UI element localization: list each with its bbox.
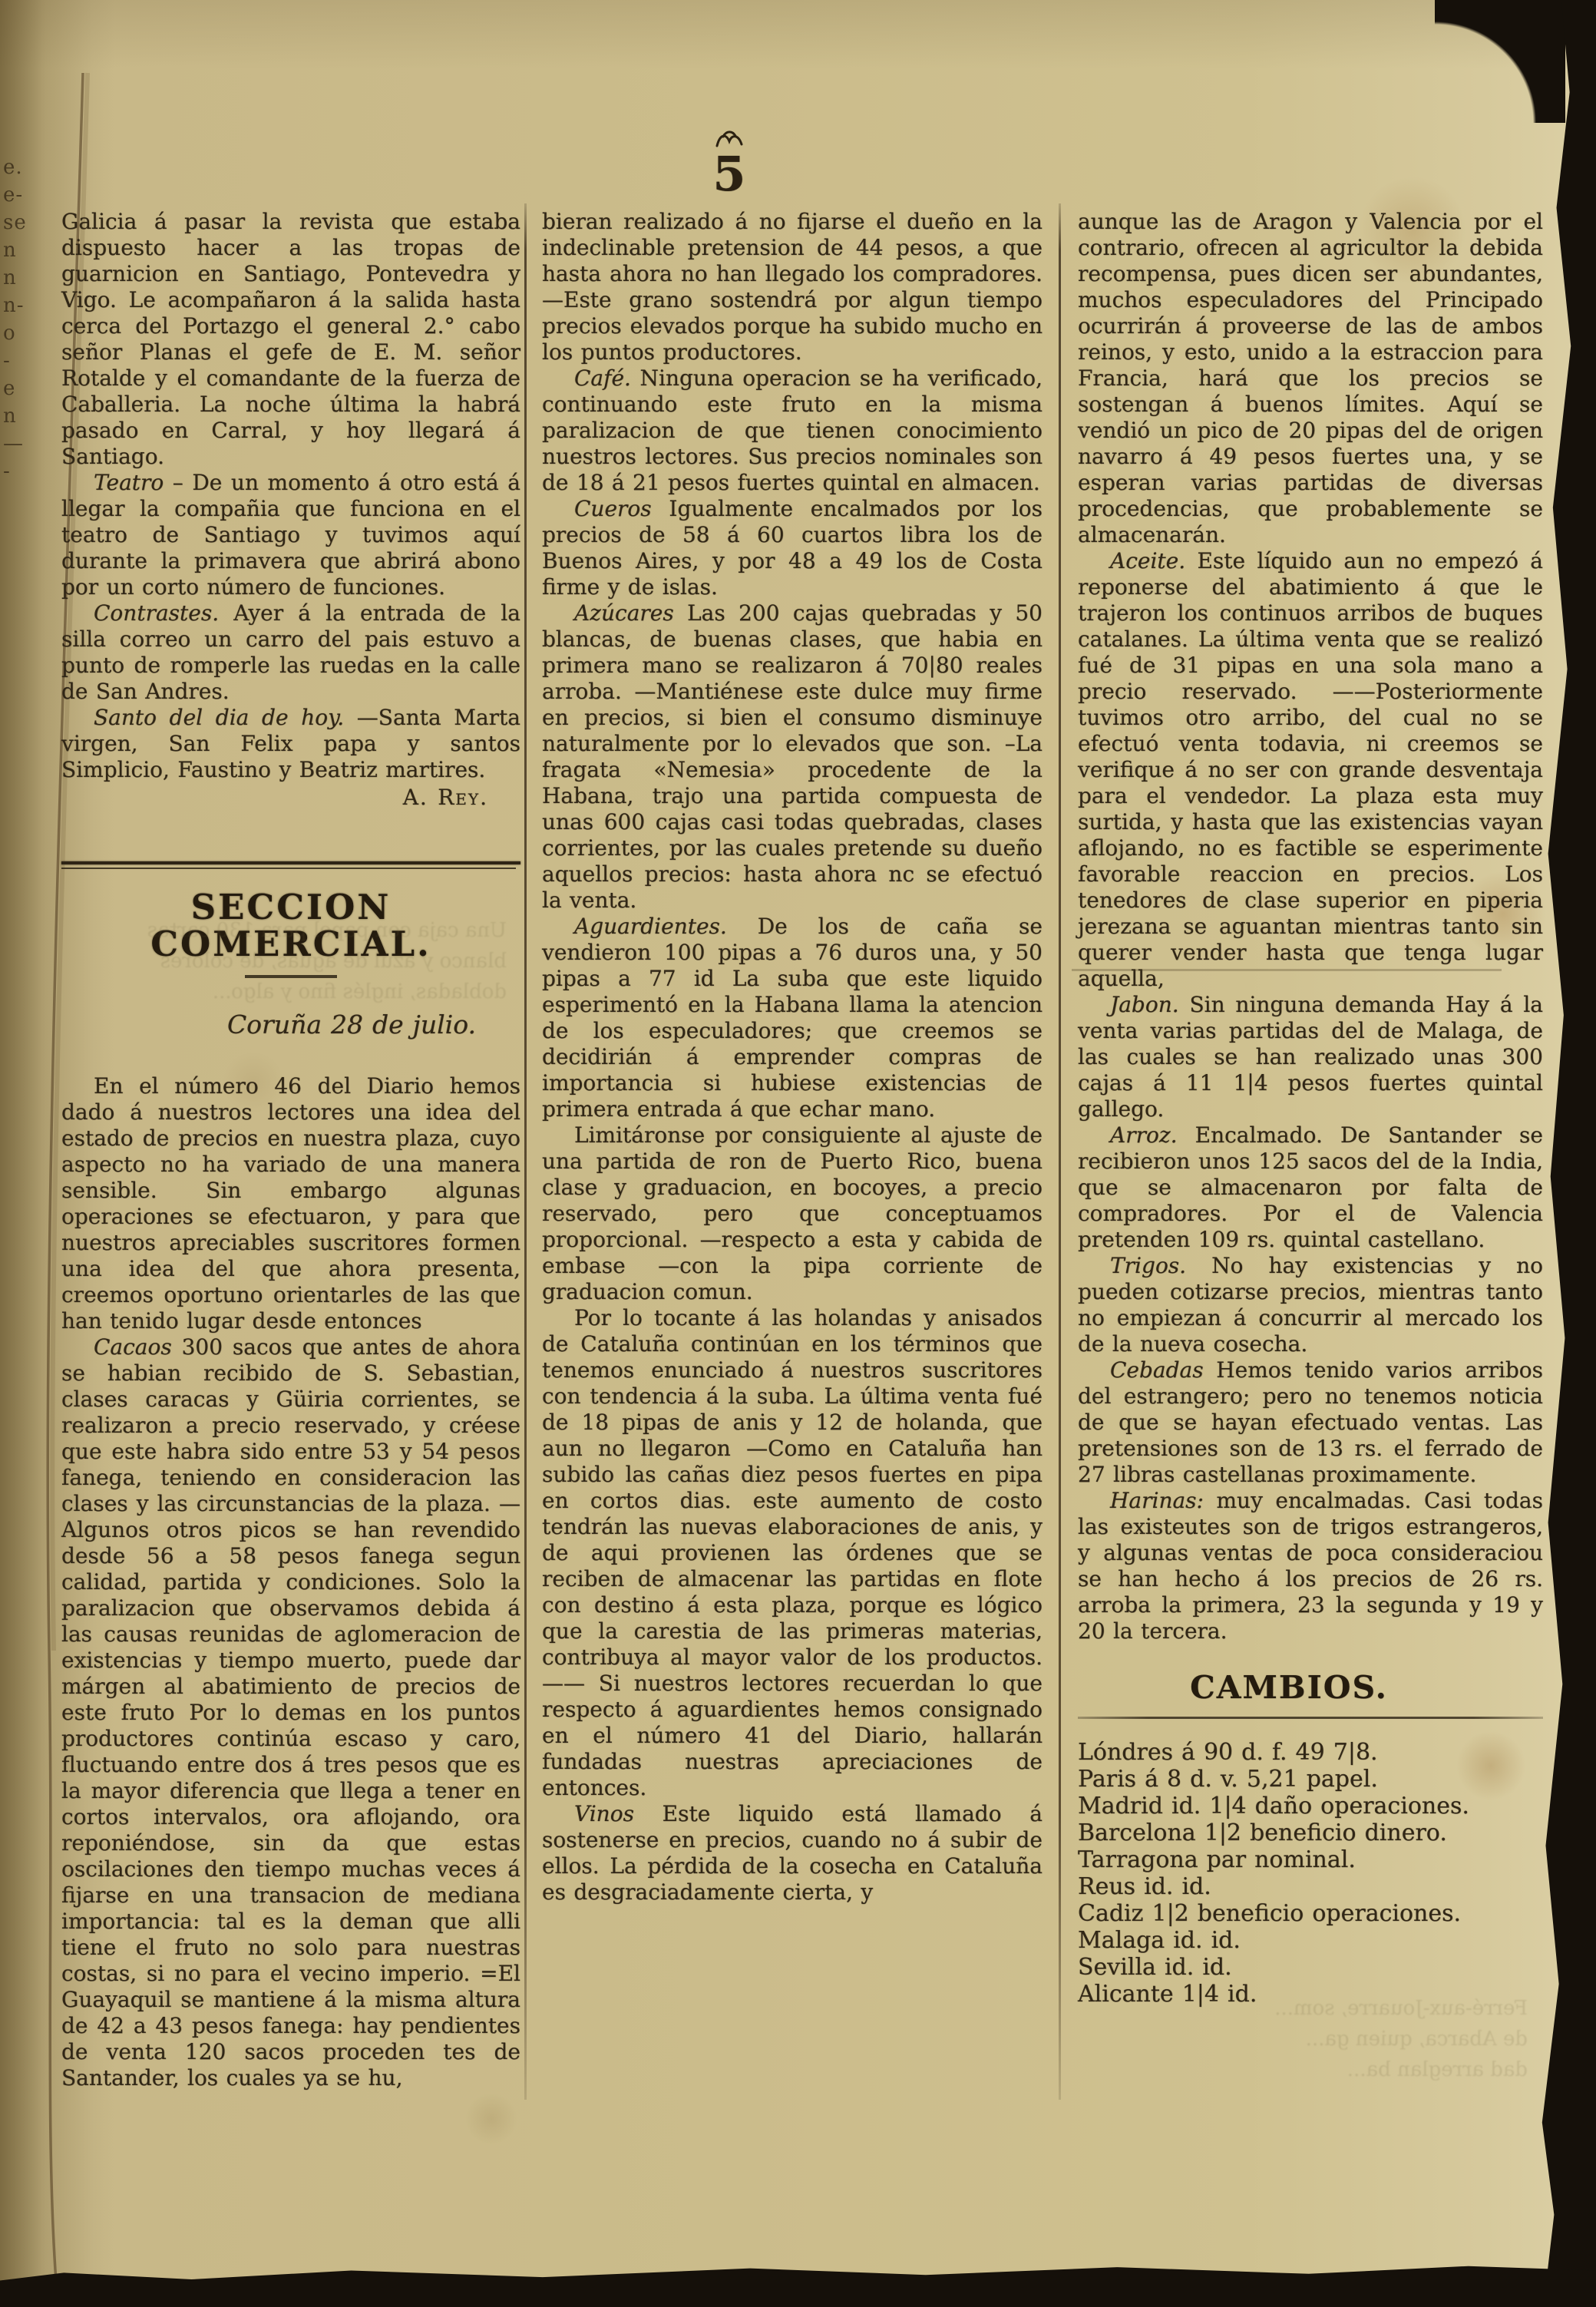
paragraph-lead: Santo del dia de hoy.: [94, 705, 344, 730]
paragraph-lead: Azúcares: [574, 600, 674, 626]
paragraph-lead: Aguardientes.: [574, 914, 727, 939]
paragraph-lead: Cacaos: [94, 1334, 172, 1360]
paragraph-lead: Café.: [574, 365, 631, 391]
newspaper-scan: { "page": { "number": "5", "margin_lette…: [0, 0, 1596, 2307]
paragraph-text: Galicia á pasar la revista que estaba di…: [61, 209, 520, 469]
byline: A. Rey.: [61, 785, 520, 811]
paragraph: Contrastes. Ayer á la entrada de la sill…: [61, 600, 520, 705]
list-item: Tarragona par nominal.: [1078, 1846, 1543, 1873]
paragraph-lead: Arroz.: [1110, 1122, 1178, 1148]
cambios-underline-rule: [1078, 1717, 1543, 1719]
paragraph: Teatro – De un momento á otro está á lle…: [61, 470, 520, 600]
paragraph: Jabon. Sin ninguna demanda Hay á la vent…: [1078, 992, 1543, 1122]
paragraph-lead: Vinos: [574, 1801, 634, 1826]
paragraph-lead: Trigos.: [1110, 1253, 1186, 1278]
paragraph: bieran realizado á no fijarse el dueño e…: [542, 209, 1043, 365]
paragraph-lead: Cebadas: [1110, 1357, 1204, 1383]
paragraph-text: De los de caña se vendieron 100 pipas a …: [542, 914, 1043, 1122]
dateline: Coruña 28 de julio.: [61, 1012, 520, 1038]
list-item: Malaga id. id.: [1078, 1927, 1543, 1954]
paragraph: Galicia á pasar la revista que estaba di…: [61, 209, 520, 470]
paragraph: Cacaos 300 sacos que antes de ahora se h…: [61, 1334, 520, 2091]
paragraph: Café. Ninguna operacion se ha verificado…: [542, 365, 1043, 496]
paragraph: Cebadas Hemos tenido varios arribos del …: [1078, 1357, 1543, 1488]
paragraph-lead: Cueros: [574, 496, 652, 521]
paragraph-text: En el número 46 del Diario hemos dado á …: [61, 1073, 520, 1334]
column-2: bieran realizado á no fijarse el dueño e…: [542, 209, 1043, 1905]
paragraph: Azúcares Las 200 cajas quebradas y 50 bl…: [542, 600, 1043, 914]
section-divider-rule: [61, 861, 520, 869]
page-header: 5: [660, 129, 798, 197]
paragraph-lead: Aceite.: [1110, 548, 1185, 573]
paragraph: Trigos. No hay existencias y no pueden c…: [1078, 1253, 1543, 1357]
paragraph-text: Por lo tocante á las holandas y anisados…: [542, 1305, 1043, 1800]
paragraph-text: Este líquido aun no empezó á reponerse d…: [1078, 548, 1543, 991]
paragraph-text: Las 200 cajas quebradas y 50 blancas, de…: [542, 600, 1043, 913]
ink-smudge: [1072, 969, 1502, 971]
column-divider: [1059, 203, 1061, 2100]
list-item: Barcelona 1|2 beneficio dinero.: [1078, 1819, 1543, 1846]
list-item: Cadiz 1|2 beneficio operaciones.: [1078, 1900, 1543, 1927]
paragraph-lead: Contrastes.: [94, 600, 219, 626]
paragraph: Aguardientes. De los de caña se vendiero…: [542, 914, 1043, 1122]
paragraph-text: bieran realizado á no fijarse el dueño e…: [542, 209, 1043, 365]
page-number: 5: [660, 152, 798, 197]
list-item: Madrid id. 1|4 daño operaciones.: [1078, 1793, 1543, 1819]
paragraph-lead: Harinas:: [1110, 1488, 1204, 1513]
bleedthrough-text: Una caja con papel para 130 cartas blanc…: [92, 915, 507, 1007]
column-3: aunque las de Aragon y Valencia por el c…: [1078, 209, 1543, 2008]
paragraph-text: 300 sacos que antes de ahora se habian r…: [61, 1334, 520, 2091]
paragraph: Vinos Este liquido está llamado á sosten…: [542, 1801, 1043, 1905]
paragraph: Arroz. Encalmado. De Santander se recibi…: [1078, 1122, 1543, 1253]
cambios-heading: CAMBIOS.: [1056, 1671, 1522, 1704]
paragraph-text: Limitáronse por consiguiente al ajuste d…: [542, 1122, 1043, 1304]
paragraph-text: aunque las de Aragon y Valencia por el c…: [1078, 209, 1543, 547]
paragraph: Harinas: muy encalmadas. Casi todas las …: [1078, 1488, 1543, 1644]
cambios-list: Lóndres á 90 d. f. 49 7|8. Paris á 8 d. …: [1078, 1739, 1543, 2008]
paragraph: Aceite. Este líquido aun no empezó á rep…: [1078, 548, 1543, 992]
paragraph: Cueros Igualmente encalmados por los pre…: [542, 496, 1043, 600]
column-1: Galicia á pasar la revista que estaba di…: [61, 209, 520, 2091]
paragraph: Santo del dia de hoy. —Santa Marta virge…: [61, 705, 520, 783]
column-divider: [524, 203, 527, 2100]
paragraph: Limitáronse por consiguiente al ajuste d…: [542, 1122, 1043, 1305]
list-item: Reus id. id.: [1078, 1873, 1543, 1900]
bleedthrough-text: Ferré-aux-Jouarre, som... de Abarca, qui…: [1098, 1993, 1528, 2085]
paragraph-lead: Teatro: [94, 470, 164, 495]
list-item: Paris á 8 d. v. 5,21 papel.: [1078, 1766, 1543, 1793]
paper-corner-tear: [1435, 0, 1565, 123]
list-item: Lóndres á 90 d. f. 49 7|8.: [1078, 1739, 1543, 1766]
paragraph: En el número 46 del Diario hemos dado á …: [61, 1073, 520, 1334]
list-item: Sevilla id. id.: [1078, 1954, 1543, 1981]
paragraph: aunque las de Aragon y Valencia por el c…: [1078, 209, 1543, 548]
paragraph: Por lo tocante á las holandas y anisados…: [542, 1305, 1043, 1801]
paragraph-lead: Jabon.: [1110, 992, 1179, 1017]
facing-page-margin-letters: e. e- se n n n- o - e n — -: [3, 154, 37, 485]
